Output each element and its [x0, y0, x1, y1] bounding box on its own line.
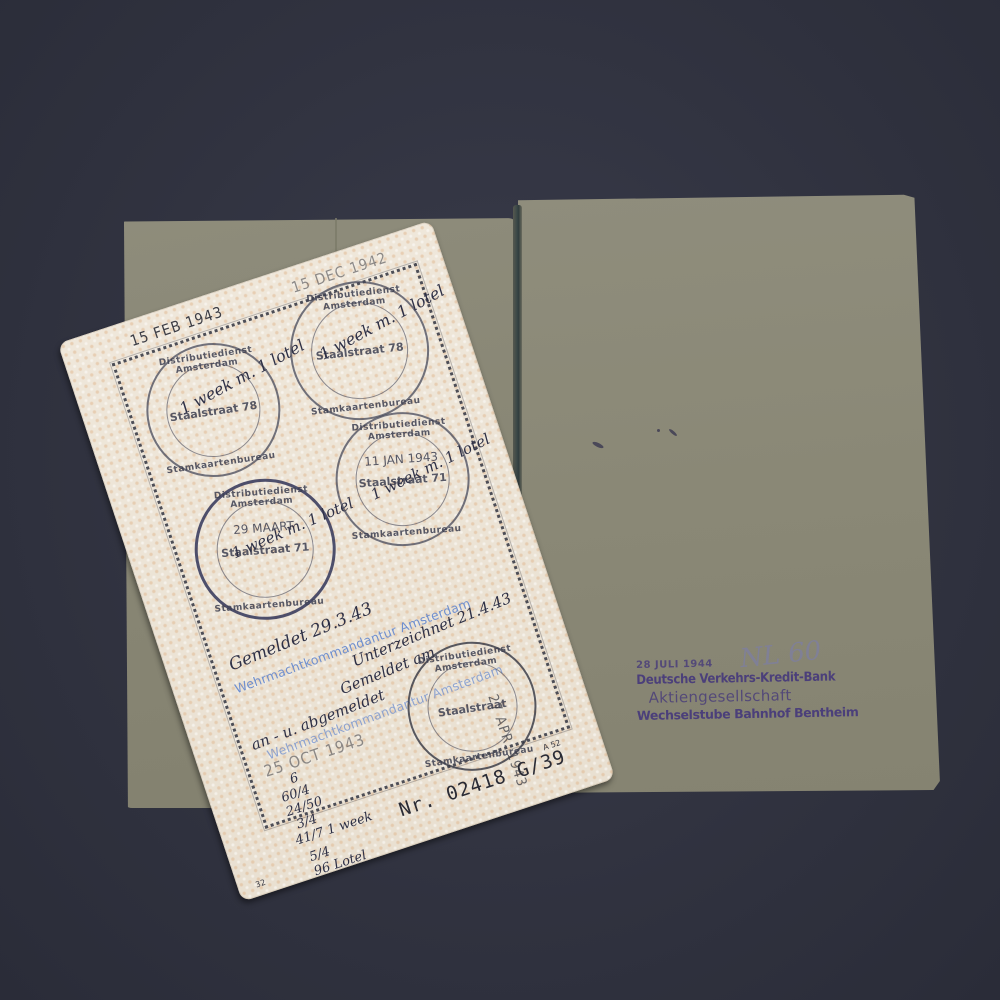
bank-exchange-stamp: 28 JULI 1944 Deutsche Verkehrs-Kredit-Ba… — [636, 656, 877, 723]
page-number: 32 — [254, 878, 266, 890]
stain-mark — [657, 429, 660, 432]
